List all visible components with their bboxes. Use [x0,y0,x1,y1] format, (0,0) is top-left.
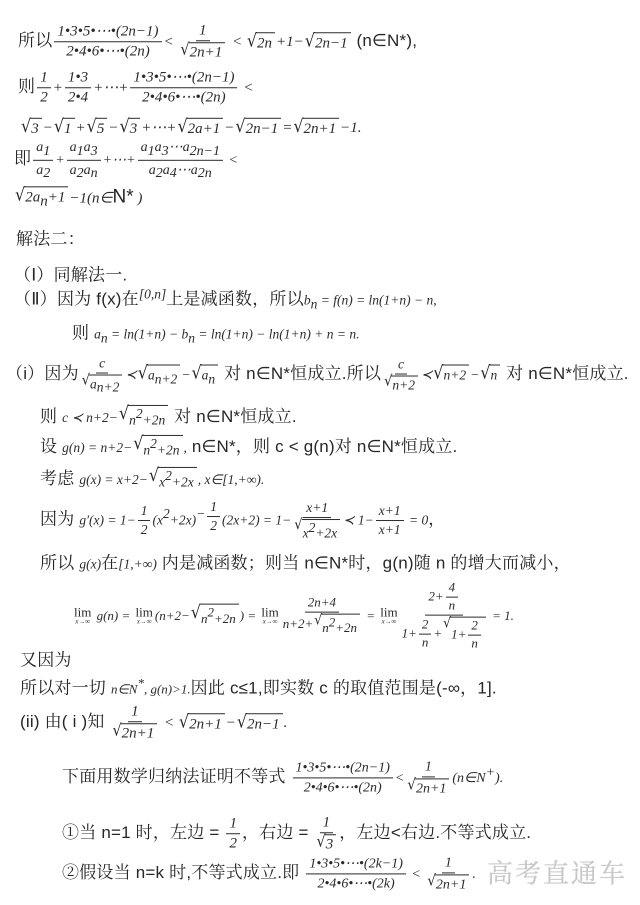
sqrt-radical-icon: √ [443,615,451,631]
sqrt-radicand: an+2 [89,374,122,394]
line-c-range: 所以对一切 n∈N*, g(n)>1.因此 c≤1,即实数 c 的取值范围是(-… [20,674,497,699]
formula-line-sqrt-2an-plus-1: √2an+1−1(n∈N* ) [14,186,142,209]
math-limit-operator: limx→∞ [136,606,153,627]
math-subscript: 1 [148,148,155,157]
math-sqrt: √an [191,364,218,386]
math-sqrt: √3 [317,835,337,854]
math-text: 3 [326,837,334,853]
math-sqrt: √2n+1 [293,118,339,138]
math-fraction: x+1√x2+2x [293,500,341,541]
math-text: < [239,80,253,96]
math-text: ⋯a [177,163,198,178]
math-text: 2 [150,436,157,451]
cn-text: (n∈N*), [352,31,418,50]
math-text: 2n+1 [189,716,222,732]
cn-text: 对 n∈N*恒成立.所以 [219,364,381,383]
fraction-numerator: x+1 [376,503,404,521]
math-text: ≺ [125,367,136,382]
math-sqrt: √2a+1 [177,118,223,138]
fraction-numerator: 1•3•5•⋯•(2n−1) [130,69,237,88]
math-text: n+2 [392,378,415,393]
math-text: 1 [40,69,48,85]
math-text: c ≺ n+2− [62,410,118,425]
math-text: ≺ [421,367,432,382]
sqrt-radical-icon: √ [317,833,326,852]
math-text: 4 [170,166,177,181]
fraction-numerator: c [395,357,407,375]
math-text: +⋯+ [93,80,128,96]
fraction-denominator: 2•4•6•⋯•(2n) [304,779,382,797]
fraction-numerator: 1 [320,814,334,833]
fraction-denominator: √2n+1 [179,42,226,62]
fraction-denominator: √2n+1 [111,723,158,743]
limit-label: lim [380,606,397,619]
limit-under: x→∞ [137,620,152,627]
math-sqrt: √2an+1 [15,186,68,209]
math-text: +2x [315,525,337,540]
fraction-numerator: 2 [468,619,481,636]
cn-text: 考虑 [40,469,79,488]
fraction-denominator: a2 [36,161,50,182]
math-superscript: + [486,768,495,779]
math-text: 2n+1 [416,782,446,797]
math-text: 4 [449,580,456,595]
cn-text: (ii) 由( i )知 [20,712,109,731]
math-text: < [408,867,424,882]
math-text: ) = [240,608,260,623]
sqrt-radicand: 1+2n [450,617,486,652]
fraction-denominator: n [471,635,478,651]
math-fraction: 1√3 [316,814,338,854]
math-text: 2n+1 [304,121,337,137]
math-text: a [141,140,148,155]
math-text: 1 [77,144,84,159]
math-fraction: 2n [468,619,481,652]
math-superscript: 2 [165,472,172,483]
math-text: 1 [131,703,139,719]
sqrt-radicand: 2n−1 [245,118,282,138]
cn-text: 所以对一切 [20,679,111,698]
math-subscript: n [101,335,108,346]
sqrt-radical-icon: √ [384,374,392,391]
sqrt-radical-icon: √ [177,116,187,137]
math-text: n [471,635,478,650]
cn-text: 在 [101,554,118,573]
sqrt-radicand: n2+2n [321,614,360,636]
math-text: n [449,598,456,613]
math-text: . [284,715,288,731]
sqrt-radical-icon: √ [54,116,64,137]
math-text: 2 [77,166,84,181]
math-text: + [433,625,442,640]
cn-text: ， [428,510,445,529]
limit-label: lim [136,606,153,619]
math-fraction: 1•32•4 [65,69,91,107]
math-subscript: 2 [43,170,50,179]
math-text: x+1 [379,522,401,537]
fraction-numerator: 1 [422,758,435,777]
sqrt-radical-icon: √ [294,518,302,535]
math-text: 2•4•6•⋯•(2k) [318,877,395,892]
math-text: x+1 [379,503,401,518]
fraction-denominator: n [422,634,429,650]
math-text: 1 [141,503,148,518]
math-text: +⋯+ [141,120,176,136]
math-text: n [40,194,48,210]
fraction-denominator: √2n+1 [426,874,470,894]
cn-text: 下面用数学归纳法证明不等式 [62,767,291,786]
math-sqrt: √1+2n [443,617,486,652]
math-text: = [282,120,292,136]
math-text: 1+ [451,626,466,641]
sqrt-radicand: n+2 [391,376,418,394]
math-sqrt: √x2+2x [294,519,340,541]
math-text: 2n+1 [190,45,223,61]
math-text: − [196,506,205,521]
fraction-denominator: n [449,598,456,614]
sqrt-radical-icon: √ [133,434,143,455]
sqrt-radicand: 3 [325,835,337,854]
sqrt-radical-icon: √ [305,30,315,51]
sqrt-radicand: an+2 [147,364,180,386]
math-text: 1 [199,22,207,38]
fraction-denominator: 2 [141,521,148,538]
cn-text: ①当 n=1 时，左边 = [62,823,224,842]
fraction-numerator: x+1 [303,500,331,518]
sqrt-radicand: 5 [96,118,108,138]
math-sqrt: √n2+2n [191,604,239,629]
formula-line-telescoping-roots: √3−√1+√5−√3+⋯+√2a+1−√2n−1=√2n+1−1. [20,118,362,138]
sqrt-radicand: 2an+1 [24,186,68,209]
sqrt-radicand: 2n+1 [121,724,158,743]
math-text: 2+ [428,588,443,603]
math-sqrt: √2n+1 [407,779,449,798]
math-text: a [94,327,101,342]
math-text: + [486,765,495,780]
math-text: n [101,331,108,346]
cn-text: ②假设当 n=k 时,不等式成立.即 [62,863,304,882]
math-fraction: 12 [37,69,51,107]
math-subscript: n [208,375,215,386]
math-text: < [228,34,246,50]
math-text: 2 [165,468,172,483]
line-an-equals-n: 则 an = ln(1+n) − bn = ln(1+n) − ln(1+n) … [72,319,359,346]
math-fraction: 1•3•5•⋯•(2n−1)2•4•6•⋯•(2n) [54,23,161,61]
formula-line-suoyi-product-inequality: 所以1•3•5•⋯•(2n−1)2•4•6•⋯•(2n)< 1√2n+1 < √… [18,22,417,62]
sqrt-radical-icon: √ [314,613,322,629]
sqrt-radicand: 2n+1 [303,118,340,138]
solution-document: 所以1•3•5•⋯•(2n−1)2•4•6•⋯•(2n)< 1√2n+1 < √… [0,0,640,905]
math-text: g(x) [79,557,101,572]
math-text: [0,n] [139,286,166,301]
cn-text: 解法二： [16,230,85,249]
fraction-numerator: 1•3•5•⋯•(2k−1) [306,855,406,874]
math-text: − [470,367,479,382]
math-text: 2a+1 [188,121,221,137]
fraction-denominator: 1+2n+√1+2n [402,616,487,652]
math-fraction: a1a3a2an [67,139,101,181]
math-text: 2n+1 [436,878,466,893]
math-text: 2a [25,189,40,205]
math-fraction: c√n+2 [383,357,419,394]
cn-text: （Ⅰ）同解法一. [14,266,127,285]
cn-text: 对 n∈N*恒成立. [501,364,629,383]
fraction-numerator: 1 [37,69,51,88]
math-subscript: 4 [170,170,177,179]
sqrt-radical-icon: √ [180,41,189,60]
line-derivative: 因为 g′(x) = 1−12(x2+2x)−12(2x+2) = 1−x+1√… [40,499,445,541]
sqrt-radicand: 2n+1 [435,875,469,894]
math-text: = ln(1+n) − ln(1+n) + n = n. [195,327,360,342]
math-text: 2n [198,166,212,181]
math-text: x+1 [306,500,328,515]
math-text: a [90,376,97,391]
math-fraction: 1•3•5•⋯•(2n−1)2•4•6•⋯•(2n) [130,69,237,107]
fraction-numerator: a1a3 [67,139,101,161]
sqrt-radical-icon: √ [407,777,416,794]
math-text: 2 [43,166,50,181]
fraction-denominator: √x2+2x [293,518,341,541]
limit-under: x→∞ [75,620,90,627]
cn-text: ，右边 = [242,823,314,842]
sqrt-radicand: 2n−1 [246,713,283,733]
math-fraction: 1√2n+1 [179,22,226,62]
watermark: 高考直通车 [487,854,627,891]
math-text: 1•3•5•⋯•(2n−1) [133,69,234,85]
math-text: a [163,163,170,178]
sqrt-radical-icon: √ [427,873,436,890]
fraction-numerator: 1•3 [65,69,91,88]
math-text: ). [495,771,503,786]
sqrt-radical-icon: √ [149,466,159,487]
fraction-denominator: a2a4⋯a2n [149,161,212,182]
fraction-denominator: 2 [229,835,237,853]
math-sqrt: √2n+1 [179,713,225,733]
math-subscript: 3 [162,148,169,157]
math-text: 1+ [402,625,417,640]
fraction-numerator: 4 [446,581,459,598]
math-text: ) [134,190,143,206]
math-text: 1 [323,814,331,830]
math-text: 2 [141,522,148,537]
math-text: − [43,120,53,136]
math-text: 1 [210,499,217,514]
sqrt-radical-icon: √ [179,711,189,732]
line-induction-hypothesis: ②假设当 n=k 时,不等式成立.即 1•3•5•⋯•(2k−1)2•4•6•⋯… [62,854,476,893]
cn-text: n∈N*，则 c < g(n)对 n∈N*恒成立. [187,437,458,456]
line-ii-known: (ii) 由( i )知 1√2n+1 < √2n+1−√2n−1. [20,703,287,743]
math-text: 2n+4 [308,595,336,610]
line-ze-c-bound: 则 c ≺ n+2−√n2+2n 对 n∈N*恒成立. [40,402,297,430]
fraction-denominator: √2n+1 [406,778,450,798]
math-text: 1 [43,144,50,159]
cn-text: 即 [14,149,31,168]
sqrt-radical-icon: √ [237,711,247,732]
cn-text: 对 n∈N*恒成立. [169,407,297,426]
math-superscript: 2 [136,410,143,421]
math-sqrt: √an+2 [82,374,123,394]
sqrt-radical-icon: √ [87,116,97,137]
math-fraction: a1a3⋯a2n−1a2a4⋯a2n [138,139,223,181]
math-text: 1 [229,815,237,831]
math-text: −1(n∈ [69,190,112,206]
math-text: (x [152,513,163,528]
math-text: c [99,356,105,371]
fraction-numerator: 1•3•5•⋯•(2n−1) [54,23,161,42]
sqrt-radical-icon: √ [21,116,31,137]
math-text: 1 [148,144,155,159]
math-sqrt: √1 [54,118,75,138]
math-text: ⋯a [169,140,190,155]
fraction-denominator: 2•4•6•⋯•(2n) [66,43,150,61]
math-text: +2n [157,443,180,458]
math-text: = ln(1+n) − b [108,327,189,342]
math-text: (n+2− [155,608,190,623]
math-text: n [91,166,98,181]
math-sqrt: √2n [247,32,275,52]
fraction-denominator: n+2+√n2+2n [283,613,361,636]
math-text: 2•4•6•⋯•(2n) [304,781,382,796]
line-she-gn: 设 g(n) = n+2−√n2+2n, n∈N*，则 c < g(n)对 n∈… [40,432,457,460]
math-text: < [160,715,178,731]
line-induction-statement: 下面用数学归纳法证明不等式 1•3•5•⋯•(2n−1)2•4•6•⋯•(2n)… [62,758,503,797]
math-sqrt: √2n+1 [427,875,469,894]
math-text: a [155,140,162,155]
formula-line-ze-sum-fractions: 则12+1•32•4+⋯+1•3•5•⋯•(2n−1)2•4•6•⋯•(2n) … [18,69,253,107]
fraction-denominator: 2•4•6•⋯•(2k) [318,875,395,893]
line-i-c-inequality: （i）因为c√an+2≺√an+2−√an 对 n∈N*恒成立.所以c√n+2≺… [6,356,629,395]
math-text: c [398,357,404,372]
sqrt-radicand: x2+2x [302,519,341,541]
math-text: 2•4 [68,90,88,106]
fraction-denominator: √an+2 [81,373,124,394]
math-subscript: 2 [77,170,84,179]
math-fraction: c√an+2 [81,356,124,395]
math-text: 2n [257,35,272,51]
math-sqrt: √n2+2n [119,405,168,430]
math-text: a [149,163,156,178]
math-text: n [490,368,497,383]
math-superscript: 2 [150,440,157,451]
line-youyinwei: 又因为 [20,646,72,671]
math-sqrt: √3 [21,118,42,138]
heading-jiefa-er: 解法二： [16,225,85,250]
math-text: 2 [210,518,217,533]
sqrt-radicand: 2n−1 [314,32,351,52]
math-text: ≺ 1− [343,513,374,528]
cn-text: 则 [72,324,94,343]
sqrt-radical-icon: √ [433,363,443,384]
math-text: n [188,331,195,346]
math-text: 2n−1 [246,121,279,137]
math-sqrt: √2n−1 [305,32,351,52]
math-text: (2x+2) = 1− [222,513,291,528]
math-subscript: n [91,170,98,179]
math-text: +1 [48,189,66,205]
math-text: g(n) = n+2− [62,440,132,455]
fraction-numerator: 1 [128,703,142,722]
line-part-I: （Ⅰ）同解法一. [14,261,127,286]
math-text: 2 [156,166,163,181]
math-subscript: 2n [198,170,212,179]
math-text: 3 [91,144,98,159]
fraction-denominator: 2•4•6•⋯•(2n) [142,89,226,107]
math-text: n [129,413,136,428]
math-text: a [70,163,77,178]
limit-label: lim [74,606,91,619]
math-text: n+2+ [283,616,314,631]
math-text: , x∈[1,+∞). [198,472,265,487]
math-fraction: 2n+4n+2+√n2+2n [283,596,361,636]
cn-text: 则 [18,77,35,96]
math-sqrt: √n+2 [433,365,469,385]
math-subscript: 2 [156,170,163,179]
math-subscript: n+2 [97,385,120,394]
sqrt-radicand: n+2 [442,365,469,385]
math-text: = 1. [489,608,514,623]
fraction-denominator: x+1 [379,521,401,538]
sqrt-radicand: 2n+1 [188,713,225,733]
fraction-denominator: √3 [316,834,338,854]
math-text: a [148,367,155,382]
math-text: −1. [340,120,361,136]
sqrt-radicand: n [489,365,500,385]
cn-text: 所以 [18,31,52,50]
sqrt-radical-icon: √ [293,116,303,137]
math-text: g′(x) = 1− [79,513,135,528]
sqrt-radical-icon: √ [15,185,25,206]
line-base-case: ①当 n=1 时，左边 = 12，右边 = 1√3，左边<右边.不等式成立. [62,814,531,854]
math-sqrt: √n+2 [384,376,418,394]
math-fraction: 1•3•5•⋯•(2n−1)2•4•6•⋯•(2n) [293,759,393,796]
math-text: n [208,371,215,386]
sqrt-radicand: 3 [129,118,141,138]
math-text: = f(n) = ln(1+n) − n, [317,293,436,308]
math-text: 2n−1 [315,35,348,51]
math-text: 2 [40,90,48,106]
fraction-numerator: a1a3⋯a2n−1 [138,139,223,161]
sqrt-radical-icon: √ [112,722,121,741]
limit-under: x→∞ [263,620,278,627]
math-set-symbol: N* [113,186,134,207]
fraction-numerator: 1 [196,22,210,41]
math-text: + [76,120,86,136]
fraction-numerator: 1 [226,815,240,834]
math-subscript: 1 [43,148,50,157]
math-fraction: 12 [138,503,151,538]
sqrt-radical-icon: √ [191,363,201,384]
math-subscript: n [188,335,195,346]
math-text: . [472,867,476,882]
fraction-denominator: 2 [210,517,217,534]
math-subscript: 3 [91,148,98,157]
math-text: 1•3•5•⋯•(2k−1) [309,856,403,871]
sqrt-radical-icon: √ [247,30,257,51]
sqrt-radicand: n2+2n [142,435,182,460]
math-text: 2 [163,506,170,521]
math-text: 5 [97,121,105,137]
formula-line-ji-a-sequence: 即a1a2+a1a3a2an+⋯+a1a3⋯a2n−1a2a4⋯a2n < [14,139,238,181]
math-text: 3 [162,144,169,159]
cn-text: ，左边<右边.不等式成立. [339,823,531,842]
sqrt-radicand: n2+2n [128,405,168,430]
math-sqrt: √3 [119,118,140,138]
math-text: 2•4•6•⋯•(2n) [142,90,226,106]
math-text: [1,+∞) [118,557,157,572]
math-text: 2 [422,617,429,632]
math-text: 3 [130,121,138,137]
sqrt-radicand: 1 [63,118,75,138]
